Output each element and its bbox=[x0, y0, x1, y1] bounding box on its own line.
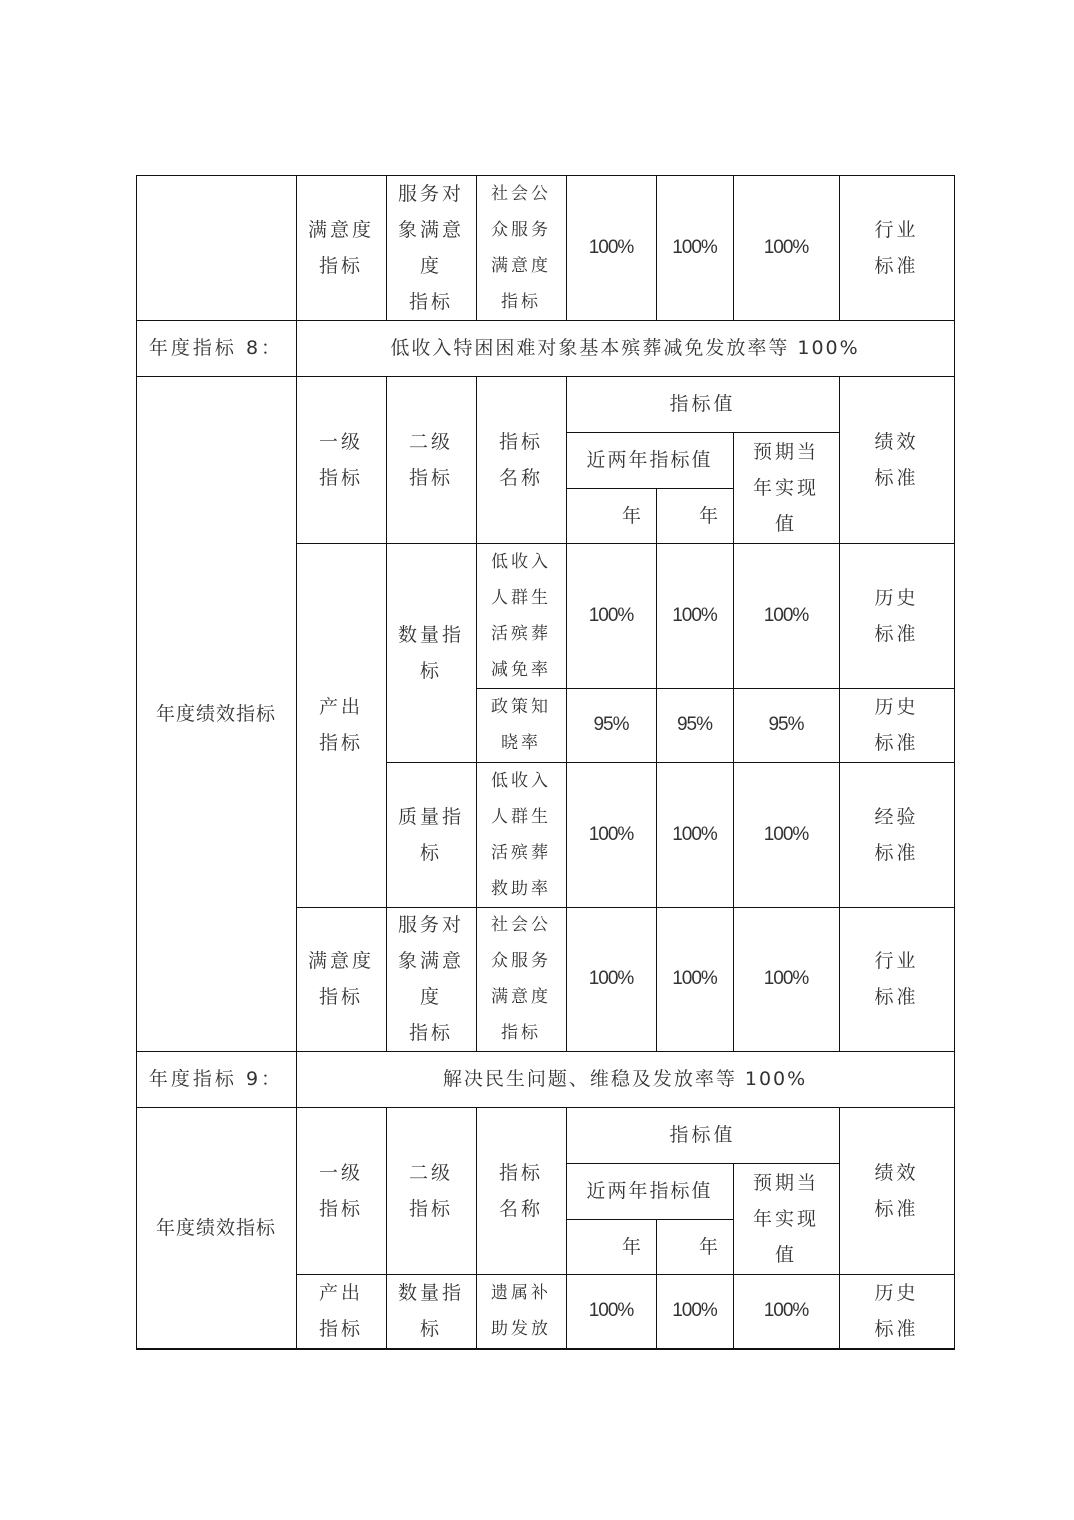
s8-header-standard: 绩效 标准 bbox=[839, 376, 954, 543]
cell-top-name: 社会公 众服务 满意度 指标 bbox=[476, 175, 566, 320]
section8-label: 年度指标 8： bbox=[136, 320, 296, 376]
s9-header-expected: 预期当 年实现 值 bbox=[733, 1163, 839, 1274]
cell-top-y2: 100% bbox=[656, 175, 733, 320]
s9-header-year1: 年 bbox=[566, 1219, 656, 1274]
s8-header-level2: 二级 指标 bbox=[386, 376, 476, 543]
s8-satisfaction-level1: 满意度 指标 bbox=[296, 907, 386, 1051]
s8-quantity-level2: 数量指 标 bbox=[386, 543, 476, 762]
s9-row0-expected: 100% bbox=[733, 1274, 839, 1348]
s8-row3-expected: 100% bbox=[733, 907, 839, 1051]
s8-header-name: 指标 名称 bbox=[476, 376, 566, 543]
s8-row0-y1: 100% bbox=[566, 543, 656, 688]
s9-row0-y2: 100% bbox=[656, 1274, 733, 1348]
cell-top-level1: 满意度 指标 bbox=[296, 175, 386, 320]
section9-row-label: 年度绩效指标 bbox=[136, 1107, 296, 1348]
s8-satisfaction-level2: 服务对 象满意 度 指标 bbox=[386, 907, 476, 1051]
s8-row2-standard: 经验 标准 bbox=[839, 762, 954, 907]
s9-header-value-group: 指标值 bbox=[566, 1107, 839, 1163]
s8-row1-name: 政策知 晓率 bbox=[476, 688, 566, 762]
section9-description: 解决民生问题、维稳及发放率等 100% bbox=[296, 1051, 954, 1107]
s8-row1-standard: 历史 标准 bbox=[839, 688, 954, 762]
cell-top-level2: 服务对 象满意 度 指标 bbox=[386, 175, 476, 320]
s8-header-value-group: 指标值 bbox=[566, 376, 839, 432]
s8-header-level1: 一级 指标 bbox=[296, 376, 386, 543]
s9-header-recent-two-years: 近两年指标值 bbox=[566, 1163, 733, 1219]
s9-row0-level1: 产出 指标 bbox=[296, 1274, 386, 1348]
s8-header-recent-two-years: 近两年指标值 bbox=[566, 432, 733, 488]
s8-row1-y2: 95% bbox=[656, 688, 733, 762]
section8-description: 低收入特困困难对象基本殡葬减免发放率等 100% bbox=[296, 320, 954, 376]
s9-row0-standard: 历史 标准 bbox=[839, 1274, 954, 1348]
s8-row3-name: 社会公 众服务 满意度 指标 bbox=[476, 907, 566, 1051]
s8-quality-level2: 质量指 标 bbox=[386, 762, 476, 907]
cell-top-y1: 100% bbox=[566, 175, 656, 320]
s9-row0-level2: 数量指 标 bbox=[386, 1274, 476, 1348]
s8-row0-standard: 历史 标准 bbox=[839, 543, 954, 688]
s8-row2-name: 低收入 人群生 活殡葬 救助率 bbox=[476, 762, 566, 907]
s8-row0-name: 低收入 人群生 活殡葬 减免率 bbox=[476, 543, 566, 688]
s9-header-year2: 年 bbox=[656, 1219, 733, 1274]
cell-top-standard: 行业 标准 bbox=[839, 175, 954, 320]
s9-header-name: 指标 名称 bbox=[476, 1107, 566, 1274]
s8-row3-y2: 100% bbox=[656, 907, 733, 1051]
s8-row2-expected: 100% bbox=[733, 762, 839, 907]
section9-label: 年度指标 9： bbox=[136, 1051, 296, 1107]
cell-top-expected: 100% bbox=[733, 175, 839, 320]
s8-row3-standard: 行业 标准 bbox=[839, 907, 954, 1051]
s8-header-year1: 年 bbox=[566, 488, 656, 543]
s9-row0-name: 遗属补 助发放 bbox=[476, 1274, 566, 1348]
s9-header-level1: 一级 指标 bbox=[296, 1107, 386, 1274]
document-page: 满意度 指标 服务对 象满意 度 指标 社会公 众服务 满意度 指标 100% … bbox=[0, 0, 1074, 1520]
s8-row0-y2: 100% bbox=[656, 543, 733, 688]
s8-row2-y1: 100% bbox=[566, 762, 656, 907]
s8-header-expected: 预期当 年实现 值 bbox=[733, 432, 839, 543]
s8-row3-y1: 100% bbox=[566, 907, 656, 1051]
s8-row1-y1: 95% bbox=[566, 688, 656, 762]
s8-header-year2: 年 bbox=[656, 488, 733, 543]
s8-row2-y2: 100% bbox=[656, 762, 733, 907]
s9-header-standard: 绩效 标准 bbox=[839, 1107, 954, 1274]
s8-output-level1: 产出 指标 bbox=[296, 543, 386, 907]
section8-row-label: 年度绩效指标 bbox=[136, 376, 296, 1051]
s9-header-level2: 二级 指标 bbox=[386, 1107, 476, 1274]
s8-row0-expected: 100% bbox=[733, 543, 839, 688]
s9-row0-y1: 100% bbox=[566, 1274, 656, 1348]
s8-row1-expected: 95% bbox=[733, 688, 839, 762]
